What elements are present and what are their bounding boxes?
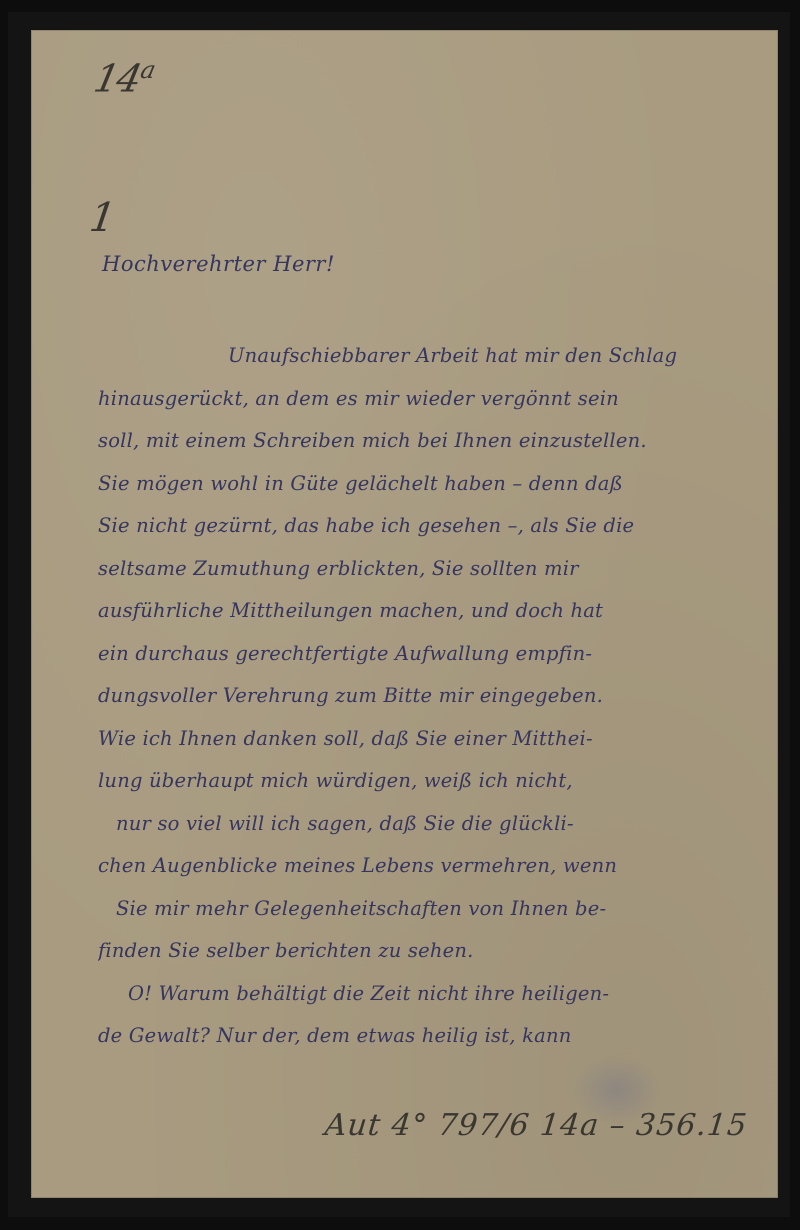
body-line: O! Warum behältigt die Zeit nicht ihre h… — [98, 973, 738, 1016]
archive-signature: Aut 4° 797/6 14a – 356.15 — [323, 1108, 749, 1143]
body-line: nur so viel will ich sagen, daß Sie die … — [98, 803, 738, 846]
body-line: hinausgerückt, an dem es mir wieder verg… — [98, 378, 738, 421]
body-line: soll, mit einem Schreiben mich bei Ihnen… — [98, 420, 738, 463]
body-line: dungsvoller Verehrung zum Bitte mir eing… — [98, 675, 738, 718]
body-line: Sie mir mehr Gelegenheitschaften von Ihn… — [98, 888, 738, 931]
body-line: Sie mögen wohl in Güte gelächelt haben –… — [98, 463, 738, 506]
body-line: ausführliche Mittheilungen machen, und d… — [98, 590, 738, 633]
letter-body: Unaufschiebbarer Arbeit hat mir den Schl… — [98, 335, 738, 1058]
body-line: Sie nicht gezürnt, das habe ich gesehen … — [98, 505, 738, 548]
body-line: seltsame Zumuthung erblickten, Sie sollt… — [98, 548, 738, 591]
body-line: finden Sie selber berichten zu sehen. — [98, 930, 738, 973]
body-line: lung überhaupt mich würdigen, weiß ich n… — [98, 760, 738, 803]
body-line: Unaufschiebbarer Arbeit hat mir den Schl… — [98, 335, 738, 378]
folio-number: 14a — [90, 56, 156, 101]
salutation: Hochverehrter Herr! — [102, 252, 335, 276]
body-line: ein durchaus gerechtfertigte Aufwallung … — [98, 633, 738, 676]
body-line: de Gewalt? Nur der, dem etwas heilig ist… — [98, 1015, 738, 1058]
folio-number-value: 14 — [90, 57, 144, 101]
body-line: chen Augenblicke meines Lebens vermehren… — [98, 845, 738, 888]
body-line: Wie ich Ihnen danken soll, daß Sie einer… — [98, 718, 738, 761]
